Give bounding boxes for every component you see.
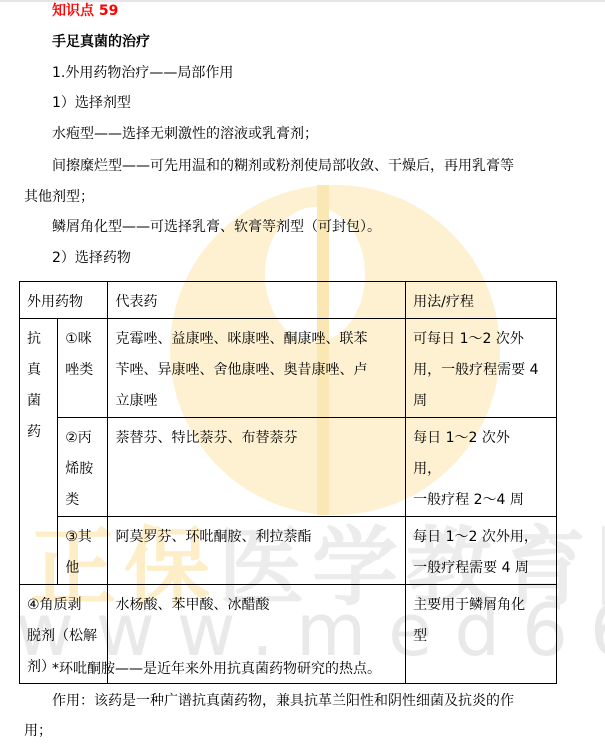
group-label-line: 菌 bbox=[27, 386, 51, 417]
drugs-line: 苄唑、异康唑、舍他康唑、奥昔康唑、卢 bbox=[115, 355, 399, 386]
header-label: 用法/疗程 bbox=[413, 294, 474, 310]
table-row: ③其 他 阿莫罗芬、环吡酮胺、利拉萘酯 每日 1～2 次外用， 一般疗程需要 4… bbox=[20, 517, 557, 585]
header-label: 代表药 bbox=[115, 294, 157, 310]
para-vesicular-type: 水疱型——选择无刺激性的溶液或乳膏剂； bbox=[52, 125, 318, 143]
table-row: ②丙 烯胺 类 萘替芬、特比萘芬、布替萘芬 每日 1～2 次外 用， 一般疗程 … bbox=[20, 418, 557, 517]
usage-azoles: 可每日 1～2 次外 用，一般疗程需要 4 周 bbox=[406, 319, 557, 418]
category-line: 烯胺 bbox=[65, 454, 101, 485]
header-label: 外用药物 bbox=[27, 294, 83, 310]
header-representative-drugs: 代表药 bbox=[108, 282, 406, 319]
usage-line: 型 bbox=[413, 621, 550, 652]
drugs-line: 克霉唑、益康唑、咪康唑、酮康唑、联苯 bbox=[115, 324, 399, 355]
group-antifungal: 抗 真 菌 药 bbox=[20, 319, 58, 585]
drugs-azoles: 克霉唑、益康唑、咪康唑、酮康唑、联苯 苄唑、异康唑、舍他康唑、奥昔康唑、卢 立康… bbox=[108, 319, 406, 418]
section-title: 手足真菌的治疗 bbox=[52, 33, 150, 51]
para-squamous-type: 鳞屑角化型——可选择乳膏、软膏等剂型（可封包）。 bbox=[52, 218, 381, 236]
group-label-line: 抗 bbox=[27, 324, 51, 355]
usage-allylamines: 每日 1～2 次外 用， 一般疗程 2～4 周 bbox=[406, 418, 557, 517]
category-line: ②丙 bbox=[65, 423, 101, 454]
drugs-line: 立康唑 bbox=[115, 386, 399, 417]
category-line: ④角质剥 bbox=[27, 590, 101, 621]
usage-line: 用， bbox=[413, 454, 550, 485]
para-intertriginous-line1: 间擦糜烂型——可先用温和的糊剂或粉剂使局部收敛、干燥后，再用乳膏等 bbox=[52, 157, 514, 175]
group-label-line: 真 bbox=[27, 355, 51, 386]
category-line: 脱剂（松解 bbox=[27, 621, 101, 652]
drugs-others: 阿莫罗芬、环吡酮胺、利拉萘酯 bbox=[108, 517, 406, 585]
usage-line: 主要用于鳞屑角化 bbox=[413, 590, 550, 621]
category-line: ③其 bbox=[65, 522, 101, 553]
usage-line: 周 bbox=[413, 386, 550, 417]
category-line: 他 bbox=[65, 553, 101, 584]
header-usage-course: 用法/疗程 bbox=[406, 282, 557, 319]
group-label-line: 药 bbox=[27, 417, 51, 448]
antifungal-drug-table: 外用药物 代表药 用法/疗程 抗 真 菌 药 ①咪 唑类 bbox=[19, 281, 557, 684]
usage-line: 一般疗程需要 4 周 bbox=[413, 553, 550, 584]
drugs-allylamines: 萘替芬、特比萘芬、布替萘芬 bbox=[108, 418, 406, 517]
category-others: ③其 他 bbox=[58, 517, 108, 585]
table-row: 抗 真 菌 药 ①咪 唑类 克霉唑、益康唑、咪康唑、酮康唑、联苯 苄唑、异康唑、… bbox=[20, 319, 557, 418]
para-intertriginous-line2: 其他剂型； bbox=[24, 188, 94, 206]
category-azoles: ①咪 唑类 bbox=[58, 319, 108, 418]
usage-line: 可每日 1～2 次外 bbox=[413, 324, 550, 355]
usage-line: 每日 1～2 次外 bbox=[413, 423, 550, 454]
category-allylamines: ②丙 烯胺 类 bbox=[58, 418, 108, 517]
drugs-line: 萘替芬、特比萘芬、布替萘芬 bbox=[115, 423, 399, 454]
knowledge-point-label: 知识点 59 bbox=[52, 2, 118, 20]
subheading-drug-selection: 2）选择药物 bbox=[52, 249, 131, 267]
action-line2: 用； bbox=[24, 722, 52, 740]
usage-keratolytics: 主要用于鳞屑角化 型 bbox=[406, 585, 557, 684]
category-line: 唑类 bbox=[65, 355, 101, 386]
drugs-line: 水杨酸、苯甲酸、冰醋酸 bbox=[115, 590, 399, 621]
usage-others: 每日 1～2 次外用， 一般疗程需要 4 周 bbox=[406, 517, 557, 585]
note-ciclopirox: *环吡酮胺——是近年来外用抗真菌药物研究的热点。 bbox=[52, 660, 381, 678]
table-header-row: 外用药物 代表药 用法/疗程 bbox=[20, 282, 557, 319]
heading-topical-treatment: 1.外用药物治疗——局部作用 bbox=[52, 64, 233, 82]
usage-line: 用，一般疗程需要 4 bbox=[413, 355, 550, 386]
category-line: 类 bbox=[65, 485, 101, 516]
header-topical-drug: 外用药物 bbox=[20, 282, 108, 319]
action-line1: 作用：该药是一种广谱抗真菌药物，兼具抗革兰阳性和阴性细菌及抗炎的作 bbox=[52, 692, 514, 710]
category-line: ①咪 bbox=[65, 324, 101, 355]
subheading-dosage-form: 1）选择剂型 bbox=[52, 94, 131, 112]
usage-line: 每日 1～2 次外用， bbox=[413, 522, 550, 553]
usage-line: 一般疗程 2～4 周 bbox=[413, 485, 550, 516]
drugs-line: 阿莫罗芬、环吡酮胺、利拉萘酯 bbox=[115, 522, 399, 553]
